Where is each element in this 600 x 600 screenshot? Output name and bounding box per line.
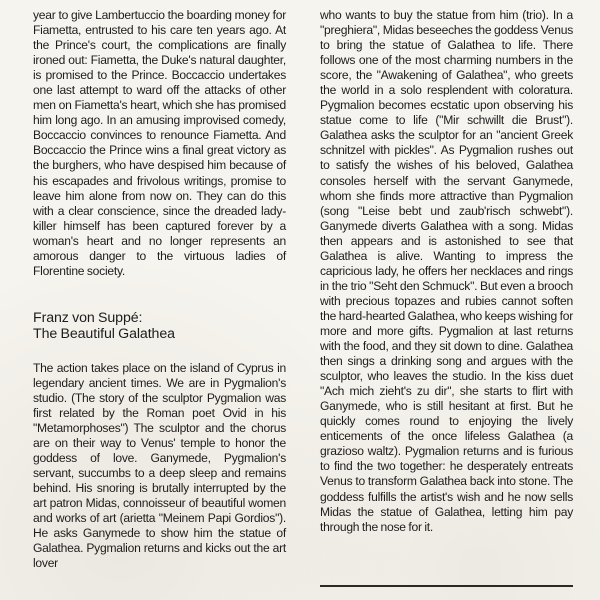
right-column: who wants to buy the statue from him (tr… xyxy=(320,8,573,535)
synopsis-galathea-part-1: The action takes place on the island of … xyxy=(33,361,286,572)
section-heading: Franz von Suppé: The Beautiful Galathea xyxy=(33,310,286,342)
synopsis-galathea-part-2: who wants to buy the statue from him (tr… xyxy=(320,8,573,535)
end-rule-divider xyxy=(320,585,573,587)
synopsis-boccaccio-ending: year to give Lambertuccio the boarding m… xyxy=(33,8,286,279)
heading-composer: Franz von Suppé: xyxy=(33,310,286,326)
heading-title: The Beautiful Galathea xyxy=(33,326,286,342)
left-column: year to give Lambertuccio the boarding m… xyxy=(33,8,286,572)
